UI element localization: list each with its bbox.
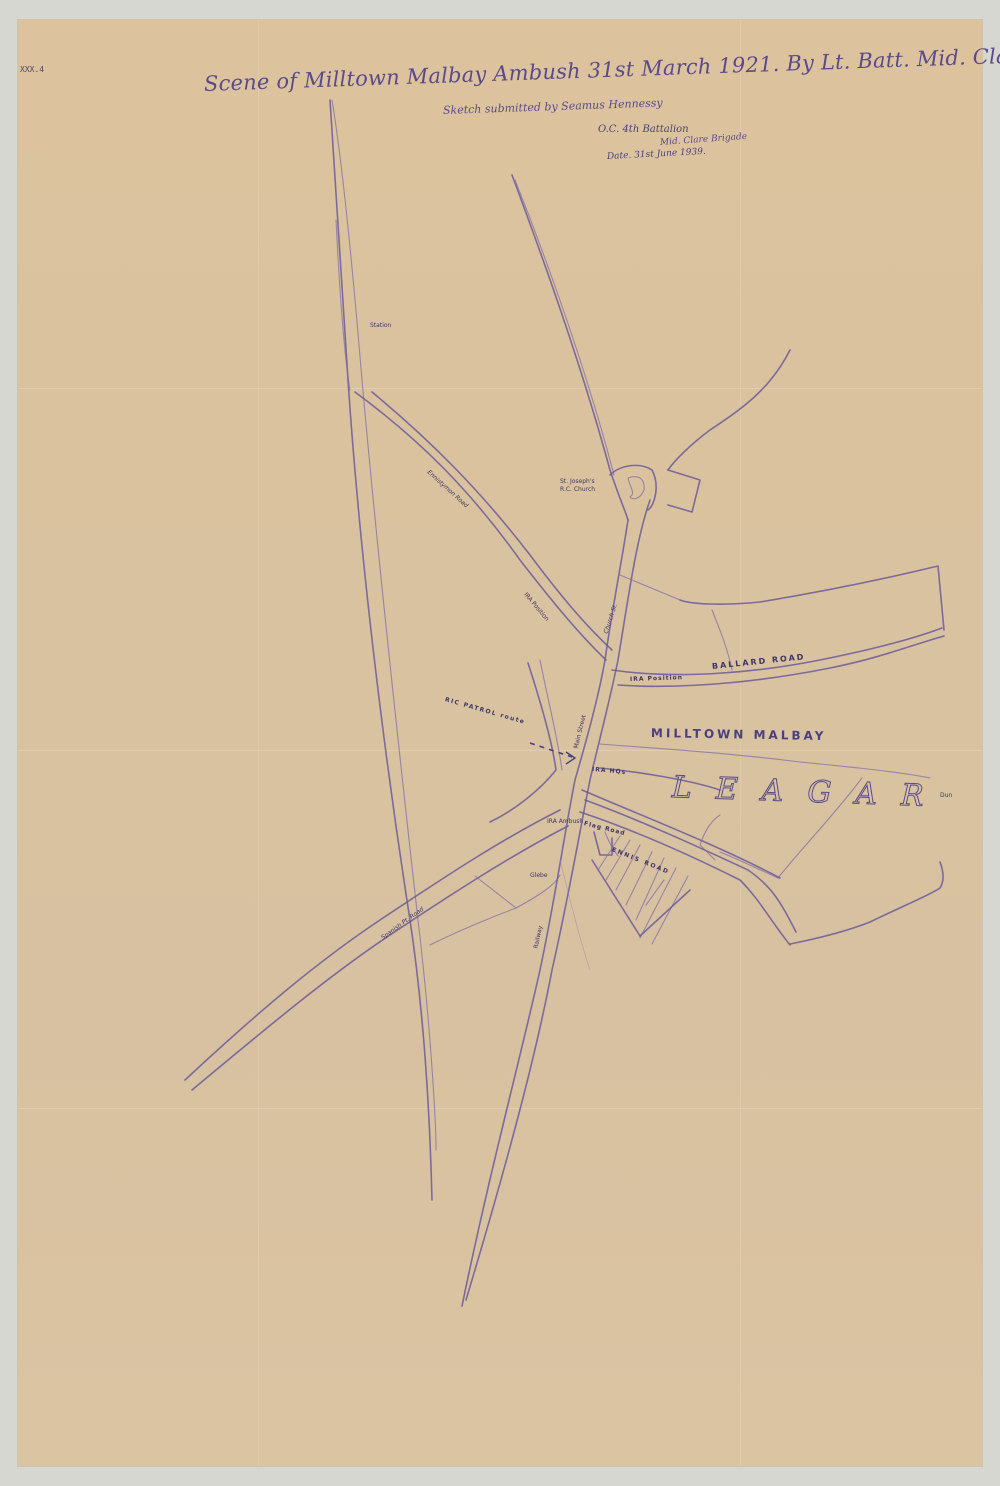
curved-road-north-east: [668, 350, 790, 470]
label-church-line1: St. Joseph's: [560, 478, 595, 486]
north-road: [512, 175, 628, 520]
label-station: Station: [370, 322, 391, 329]
ennis-road: [580, 790, 943, 945]
label-leagar-suffix: Dun: [940, 792, 952, 799]
label-church-line2: R.C. Church: [560, 486, 595, 494]
church-site: [610, 465, 700, 512]
main-street: [462, 500, 650, 1306]
map-linework: [0, 0, 1000, 1486]
label-ira-ambush: IRA Ambush: [547, 818, 583, 825]
label-church: St. Joseph's R.C. Church: [560, 478, 595, 494]
south-west-road: [185, 810, 568, 1090]
annotation-rank: O.C. 4th Battalion: [598, 124, 689, 135]
reference-mark: XXX.4: [20, 65, 44, 74]
label-glebe: Glebe: [530, 872, 548, 879]
railway-line: [330, 100, 436, 1200]
ballard-road: [612, 566, 944, 686]
ennistymon-road: [355, 392, 612, 660]
